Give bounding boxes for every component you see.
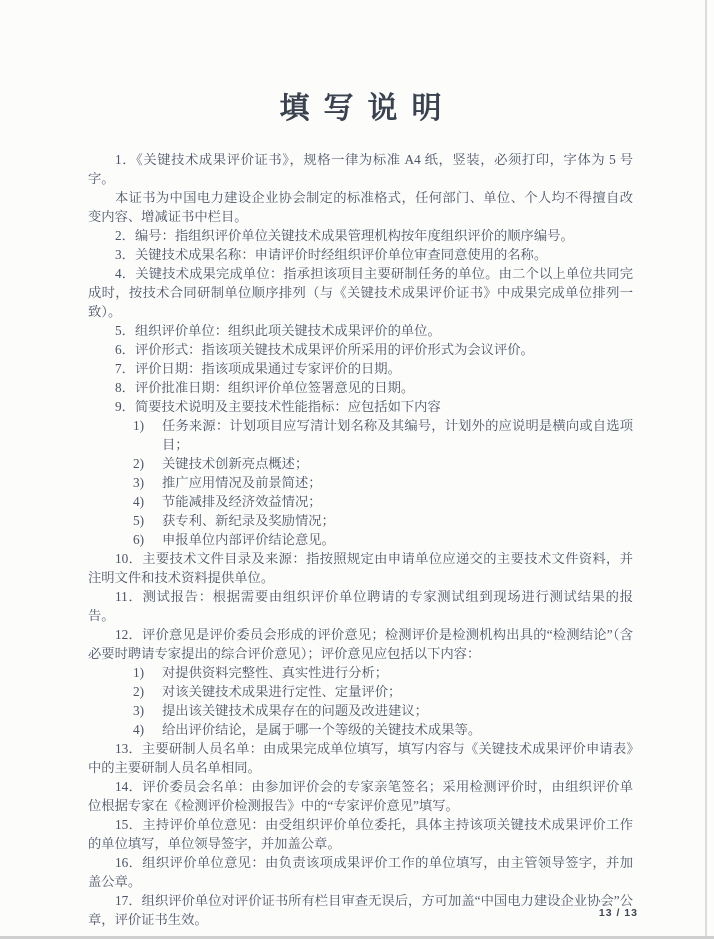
sub-item-text: 对该关键技术成果进行定性、定量评价； xyxy=(162,682,633,701)
sub-item-text: 任务来源：计划项目应写清计划名称及其编号，计划外的应说明是横向或自选项目； xyxy=(162,416,633,454)
sub-item-9-1: 1) 任务来源：计划项目应写清计划名称及其编号，计划外的应说明是横向或自选项目； xyxy=(88,416,633,454)
sub-item-text: 对提供资料完整性、真实性进行分析； xyxy=(162,663,633,682)
sub-item-number: 2) xyxy=(133,454,162,473)
page-number: 13 / 13 xyxy=(599,907,638,919)
sub-item-12-2: 2) 对该关键技术成果进行定性、定量评价； xyxy=(88,682,633,701)
paragraph-12: 12．评价意见是评价委员会形成的评价意见；检测评价是检测机构出具的“检测结论”（… xyxy=(88,625,633,663)
sub-item-9-4: 4) 节能减排及经济效益情况； xyxy=(88,492,633,511)
sub-item-number: 1) xyxy=(133,663,162,682)
sub-item-number: 2) xyxy=(133,682,162,701)
sub-item-9-6: 6) 申报单位内部评价结论意见。 xyxy=(88,530,633,549)
sub-item-number: 3) xyxy=(133,701,162,720)
sub-item-number: 4) xyxy=(133,492,162,511)
paragraph-7: 7．评价日期：指该项成果通过专家评价的日期。 xyxy=(88,359,633,378)
sub-item-9-3: 3) 推广应用情况及前景简述； xyxy=(88,473,633,492)
instructions-body: 填写说明 1．《关键技术成果评价证书》，规格一律为标准 A4 纸，竖装，必须打印… xyxy=(88,90,633,929)
sub-item-text: 推广应用情况及前景简述； xyxy=(162,473,633,492)
scan-edge-right xyxy=(705,0,707,939)
sub-item-number: 6) xyxy=(133,530,162,549)
sub-item-text: 给出评价结论，是属于哪一个等级的关键技术成果等。 xyxy=(162,720,633,739)
sub-item-number: 4) xyxy=(133,720,162,739)
sub-item-9-2: 2) 关键技术创新亮点概述； xyxy=(88,454,633,473)
paragraph-14: 14．评价委员会名单：由参加评价会的专家亲笔签名；采用检测评价时，由组织评价单位… xyxy=(88,777,633,815)
sub-item-text: 节能减排及经济效益情况； xyxy=(162,492,633,511)
paragraph-3: 3．关键技术成果名称：申请评价时经组织评价单位审查同意使用的名称。 xyxy=(88,245,633,264)
paragraph-13: 13．主要研制人员名单：由成果完成单位填写，填写内容与《关键技术成果评价申请表》… xyxy=(88,739,633,777)
paragraph-16: 16．组织评价单位意见：由负责该项成果评价工作的单位填写，由主管领导签字，并加盖… xyxy=(88,853,633,891)
paragraph-11: 11．测试报告：根据需要由组织评价单位聘请的专家测试组到现场进行测试结果的报告。 xyxy=(88,587,633,625)
paragraph-17: 17．组织评价单位对评价证书所有栏目审查无误后，方可加盖“中国电力建设企业协会”… xyxy=(88,891,633,929)
sub-item-12-4: 4) 给出评价结论，是属于哪一个等级的关键技术成果等。 xyxy=(88,720,633,739)
paragraph-1: 1．《关键技术成果评价证书》，规格一律为标准 A4 纸，竖装，必须打印，字体为 … xyxy=(88,150,633,188)
sub-item-12-3: 3) 提出该关键技术成果存在的问题及改进建议； xyxy=(88,701,633,720)
paragraph-6: 6．评价形式：指该项关键技术成果评价所采用的评价形式为会议评价。 xyxy=(88,340,633,359)
sub-item-number: 3) xyxy=(133,473,162,492)
paragraph-10: 10．主要技术文件目录及来源：指按照规定由申请单位应递交的主要技术文件资料，并注… xyxy=(88,549,633,587)
paragraph-9: 9．简要技术说明及主要技术性能指标：应包括如下内容 xyxy=(88,397,633,416)
sub-item-9-5: 5) 获专利、新纪录及奖励情况； xyxy=(88,511,633,530)
page-title: 填写说明 xyxy=(88,90,633,128)
paragraph-8: 8．评价批准日期：组织评价单位签署意见的日期。 xyxy=(88,378,633,397)
paragraph-2: 2．编号：指组织评价单位关键技术成果管理机构按年度组织评价的顺序编号。 xyxy=(88,226,633,245)
sub-item-text: 申报单位内部评价结论意见。 xyxy=(162,530,633,549)
sub-item-number: 5) xyxy=(133,511,162,530)
scanned-document-page: 填写说明 1．《关键技术成果评价证书》，规格一律为标准 A4 纸，竖装，必须打印… xyxy=(0,0,714,939)
sub-item-number: 1) xyxy=(133,416,162,454)
paragraph-15: 15．主持评价单位意见：由受组织评价单位委托，具体主持该项关键技术成果评价工作的… xyxy=(88,815,633,853)
paragraph-5: 5．组织评价单位：组织此项关键技术成果评价的单位。 xyxy=(88,321,633,340)
paragraph-1-note: 本证书为中国电力建设企业协会制定的标准格式，任何部门、单位、个人均不得擅自改变内… xyxy=(88,188,633,226)
sub-item-12-1: 1) 对提供资料完整性、真实性进行分析； xyxy=(88,663,633,682)
paragraph-4: 4．关键技术成果完成单位：指承担该项目主要研制任务的单位。由二个以上单位共同完成… xyxy=(88,264,633,321)
sub-item-text: 获专利、新纪录及奖励情况； xyxy=(162,511,633,530)
sub-item-text: 提出该关键技术成果存在的问题及改进建议； xyxy=(162,701,633,720)
sub-item-text: 关键技术创新亮点概述； xyxy=(162,454,633,473)
